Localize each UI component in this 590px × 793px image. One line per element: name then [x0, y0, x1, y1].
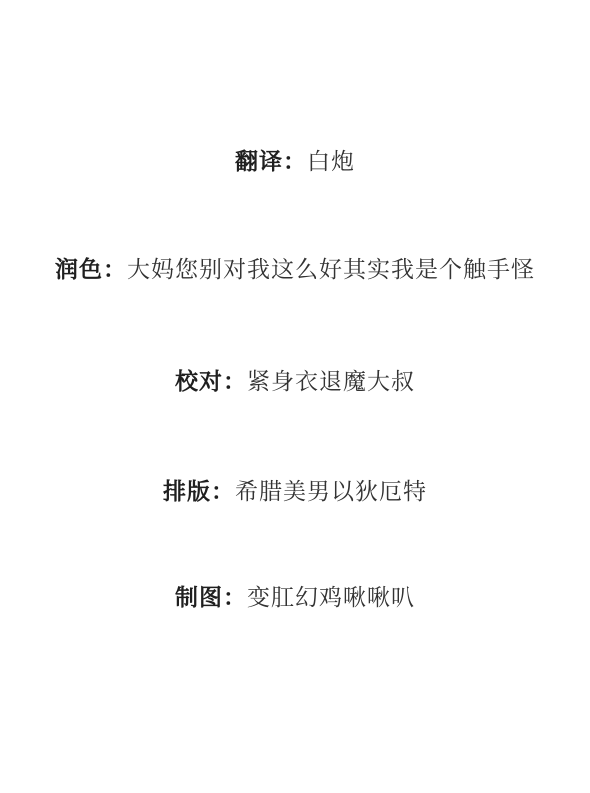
credits-page: 翻译：白炮 润色：大妈您别对我这么好其实我是个触手怪 校对：紧身衣退魔大叔 排版… [0, 0, 590, 793]
credit-name-text: 紧身衣退魔大叔 [247, 368, 415, 394]
credit-line: 润色：大妈您别对我这么好其实我是个触手怪 [0, 255, 590, 283]
credit-role-label: 排版： [163, 478, 235, 504]
credit-line: 排版：希腊美男以狄厄特 [0, 477, 590, 505]
credit-line: 制图：变肛幻鸡啾啾叭 [0, 583, 590, 611]
credit-name-text: 白炮 [307, 148, 355, 174]
credit-role-label: 翻译： [235, 148, 307, 174]
credit-name-text: 希腊美男以狄厄特 [235, 478, 427, 504]
credit-line: 翻译：白炮 [0, 147, 590, 175]
credit-role-label: 制图： [175, 584, 247, 610]
credit-role-label: 校对： [175, 368, 247, 394]
credit-role-label: 润色： [55, 256, 127, 282]
credit-name-text: 大妈您别对我这么好其实我是个触手怪 [127, 256, 535, 282]
credit-name-text: 变肛幻鸡啾啾叭 [247, 584, 415, 610]
credit-line: 校对：紧身衣退魔大叔 [0, 367, 590, 395]
